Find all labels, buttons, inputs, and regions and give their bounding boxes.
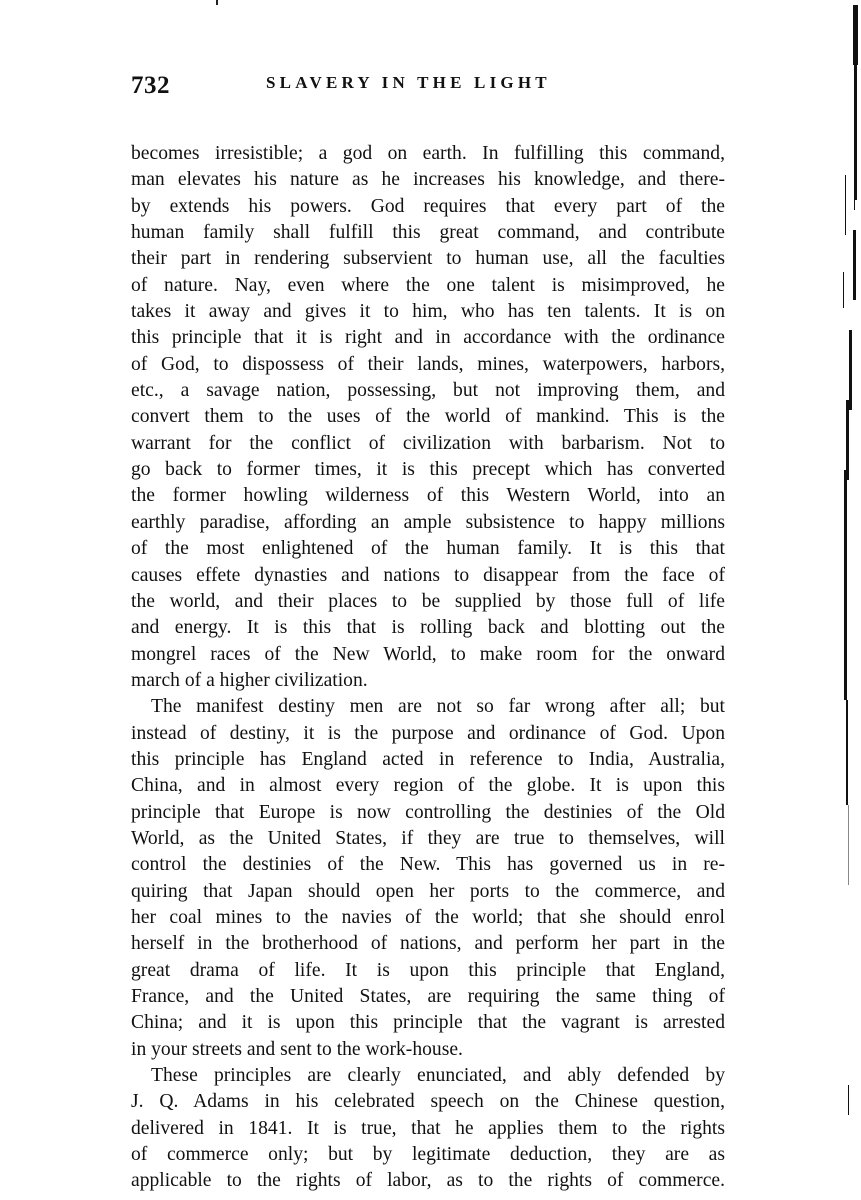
text-line: by extends his powers. God requires that… [131,194,725,220]
text-line: man elevates his nature as he increases … [131,167,725,193]
text-line: J. Q. Adams in his celebrated speech on … [131,1089,725,1115]
text-line: herself in the brotherhood of nations, a… [131,931,725,957]
text-line: etc., a savage nation, possessing, but n… [131,378,725,404]
paragraph-2: The manifest destiny men are not so far … [131,694,725,1063]
text-line: of God, to dispossess of their lands, mi… [131,352,725,378]
text-line: control the destinies of the New. This h… [131,852,725,878]
text-line: China; and it is upon this principle tha… [131,1010,725,1036]
page-number: 732 [131,72,170,100]
text-line: earthly paradise, affording an ample sub… [131,510,725,536]
text-line: go back to former times, it is this prec… [131,457,725,483]
text-line: quiring that Japan should open her ports… [131,879,725,905]
running-head: SLAVERY IN THE LIGHT [266,73,551,93]
text-line: this principle has England acted in refe… [131,747,725,773]
text-line: warrant for the conflict of civilization… [131,431,725,457]
text-line: China, and in almost every region of the… [131,773,725,799]
text-line: mongrel races of the New World, to make … [131,642,725,668]
text-line: her coal mines to the navies of the worl… [131,905,725,931]
text-line: These principles are clearly enunciated,… [131,1063,725,1089]
text-line: in your streets and sent to the work-hou… [131,1037,725,1063]
text-line: march of a higher civilization. [131,668,725,694]
text-line: of nature. Nay, even where the one talen… [131,273,725,299]
scan-speck [216,0,218,5]
text-line: of the most enlightened of the human fam… [131,536,725,562]
text-line: World, as the United States, if they are… [131,826,725,852]
text-line: the former howling wilderness of this We… [131,483,725,509]
text-line: and energy. It is this that is rolling b… [131,615,725,641]
text-line: this principle that it is right and in a… [131,325,725,351]
scanned-book-page: 732 SLAVERY IN THE LIGHT becomes irresis… [0,0,861,1200]
text-line: great drama of life. It is upon this pri… [131,958,725,984]
text-line: becomes irresistible; a god on earth. In… [131,141,725,167]
text-line: convert them to the uses of the world of… [131,404,725,430]
paragraph-1: becomes irresistible; a god on earth. In… [131,141,725,694]
text-line: human family shall fulfill this great co… [131,220,725,246]
text-line: principle that Europe is now controlling… [131,800,725,826]
text-line: France, and the United States, are requi… [131,984,725,1010]
text-line: causes effete dynasties and nations to d… [131,563,725,589]
page-header: 732 SLAVERY IN THE LIGHT [131,70,725,100]
binding-edge-shadow [831,0,861,1200]
text-line: the world, and their places to be suppli… [131,589,725,615]
text-line: instead of destiny, it is the purpose an… [131,721,725,747]
text-line: takes it away and gives it to him, who h… [131,299,725,325]
text-line: delivered in 1841. It is true, that he a… [131,1116,725,1142]
paragraph-3: These principles are clearly enunciated,… [131,1063,725,1195]
text-line: their part in rendering subservient to h… [131,246,725,272]
body-text: becomes irresistible; a god on earth. In… [131,141,725,1195]
text-line: applicable to the rights of labor, as to… [131,1168,725,1194]
text-line: The manifest destiny men are not so far … [131,694,725,720]
text-line: of commerce only; but by legitimate dedu… [131,1142,725,1168]
